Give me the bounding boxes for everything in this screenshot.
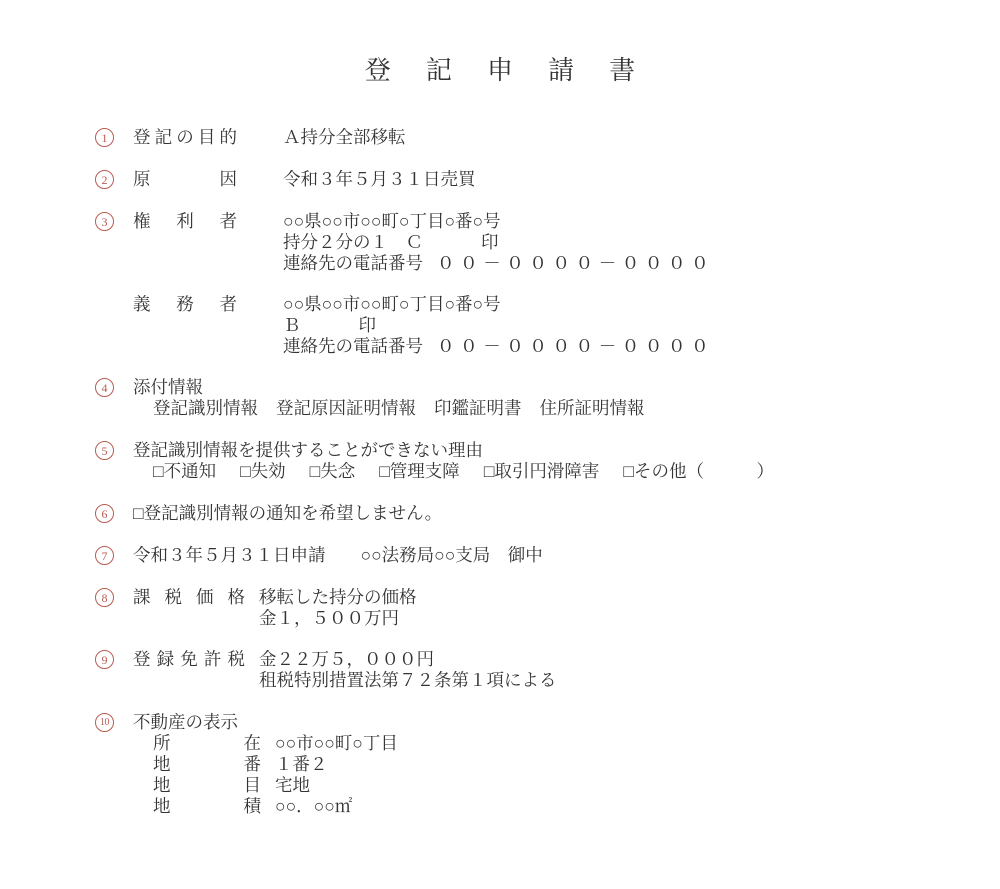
item-4-number-badge: 4 [95,377,133,397]
item-registration-purpose: 1 登記の目的Ａ持分全部移転 [95,127,406,148]
attachment-item: 登記原因証明情報 [276,398,416,418]
obligor-phone-number: ００－００００－００００ [437,336,714,356]
reason-heading: 登記識別情報を提供することができない理由 [133,440,798,461]
registration-purpose-row: 登記の目的Ａ持分全部移転 [133,127,406,148]
item-10-number-badge: 10 [95,712,133,732]
property-row-land-category: 地目宅地 [153,775,398,796]
rightholder-phone-number: ００－００００－００００ [437,253,714,273]
registration-application-document: 登記申請書 1 登記の目的Ａ持分全部移転 2 原因令和３年５月３１日売買 3 権… [0,0,1000,889]
property-land-category-value: 宅地 [275,775,310,795]
taxable-value-row: 課税価格移転した持分の価格 [133,587,417,608]
item-6-number-badge: 6 [95,503,133,523]
item-no-identification-reason: 5 登記識別情報を提供することができない理由 □不通知□失効□失念□管理支障□取… [95,440,798,482]
cause-value: 令和３年５月３１日売買 [283,169,476,189]
checkbox-option: □取引円滑障害 [484,461,600,481]
rightholder-phone-row: 連絡先の電話番号００－００００－００００ [283,253,714,274]
property-lot-number-value: １番２ [275,754,328,774]
attachment-item: 登記識別情報 [153,398,258,418]
obligor-phone-label: 連絡先の電話番号 [283,336,423,356]
property-location-value: ○○市○○町○丁目 [275,733,398,753]
item-5-number-badge: 5 [95,440,133,460]
registration-purpose-value: Ａ持分全部移転 [283,127,406,147]
registration-tax-amount: 金２２万５，０００円 [259,649,434,669]
item-obligor: 義務者○○県○○市○○町○丁目○番○号 Ｂ印 連絡先の電話番号００－００００－０… [133,294,714,357]
obligor-phone-row: 連絡先の電話番号００－００００－００００ [283,336,714,357]
rightholder-seal-mark: 印 [481,232,499,252]
cause-label: 原因 [133,169,237,190]
registration-purpose-label: 登記の目的 [133,127,237,148]
taxable-value-label: 課税価格 [133,587,245,608]
obligor-name-row: Ｂ印 [283,315,714,336]
registration-tax-label: 登録免許税 [133,649,245,670]
attachments-list: 登記識別情報登記原因証明情報印鑑証明書住所証明情報 [153,398,663,419]
no-notification-checkbox-text: □登記識別情報の通知を希望しません。 [133,503,442,524]
property-land-category-label: 地目 [153,775,261,796]
item-cause: 2 原因令和３年５月３１日売買 [95,169,476,190]
property-description-heading: 不動産の表示 [133,712,398,733]
property-row-lot-number: 地番１番２ [153,754,398,775]
attachment-item: 印鑑証明書 [434,398,522,418]
rightholder-address: ○○県○○市○○町○丁目○番○号 [283,211,501,231]
item-no-notification: 6 □登記識別情報の通知を希望しません。 [95,503,442,524]
item-attachments: 4 添付情報 登記識別情報登記原因証明情報印鑑証明書住所証明情報 [95,377,663,419]
registration-tax-law-note: 租税特別措置法第７２条第１項による [259,670,557,691]
rightholder-name: 持分２分の１ Ｃ [283,232,423,252]
item-9-number-badge: 9 [95,649,133,669]
taxable-value-line1: 移転した持分の価格 [259,587,417,607]
page-title: 登記申請書 [0,54,1000,88]
reason-checkbox-list: □不通知□失効□失念□管理支障□取引円滑障害□その他（ ） [153,461,798,482]
obligor-seal-mark: 印 [359,315,377,335]
rightholder-row: 権利者○○県○○市○○町○丁目○番○号 [133,211,714,232]
rightholder-phone-label: 連絡先の電話番号 [283,253,423,273]
rightholder-label: 権利者 [133,211,237,232]
property-row-land-area: 地積○○．○○㎡ [153,796,398,817]
registration-tax-row: 登録免許税金２２万５，０００円 [133,649,557,670]
obligor-address: ○○県○○市○○町○丁目○番○号 [283,294,501,314]
checkbox-option: □失念 [310,461,356,481]
cause-row: 原因令和３年５月３１日売買 [133,169,476,190]
attachments-heading: 添付情報 [133,377,663,398]
property-land-area-label: 地積 [153,796,261,817]
item-application-date: 7 令和３年５月３１日申請 ○○法務局○○支局 御中 [95,545,543,566]
property-row-location: 所在○○市○○町○丁目 [153,733,398,754]
property-land-area-value: ○○．○○㎡ [275,796,352,816]
rightholder-name-row: 持分２分の１ Ｃ印 [283,232,714,253]
page-title-text: 登記申請書 [365,56,671,85]
taxable-value-line2: 金１，５００万円 [259,608,417,629]
checkbox-option: □管理支障 [379,461,460,481]
obligor-name: Ｂ [283,315,301,335]
item-3-number-badge: 3 [95,211,133,231]
item-registration-tax: 9 登録免許税金２２万５，０００円 租税特別措置法第７２条第１項による [95,649,557,691]
property-lot-number-label: 地番 [153,754,261,775]
item-8-number-badge: 8 [95,587,133,607]
obligor-label: 義務者 [133,294,237,315]
item-1-number-badge: 1 [95,127,133,147]
item-2-number-badge: 2 [95,169,133,189]
checkbox-option: □その他（ ） [623,461,774,481]
item-property-description: 10 不動産の表示 所在○○市○○町○丁目 地番１番２ 地目宅地 地積○○．○○… [95,712,398,817]
checkbox-option: □不通知 [153,461,216,481]
application-date-office-text: 令和３年５月３１日申請 ○○法務局○○支局 御中 [133,545,543,566]
property-location-label: 所在 [153,733,261,754]
item-taxable-value: 8 課税価格移転した持分の価格 金１，５００万円 [95,587,417,629]
checkbox-option: □失効 [240,461,286,481]
item-rightholder: 3 権利者○○県○○市○○町○丁目○番○号 持分２分の１ Ｃ印 連絡先の電話番号… [95,211,714,274]
item-7-number-badge: 7 [95,545,133,565]
obligor-row: 義務者○○県○○市○○町○丁目○番○号 [133,294,714,315]
attachment-item: 住所証明情報 [540,398,645,418]
